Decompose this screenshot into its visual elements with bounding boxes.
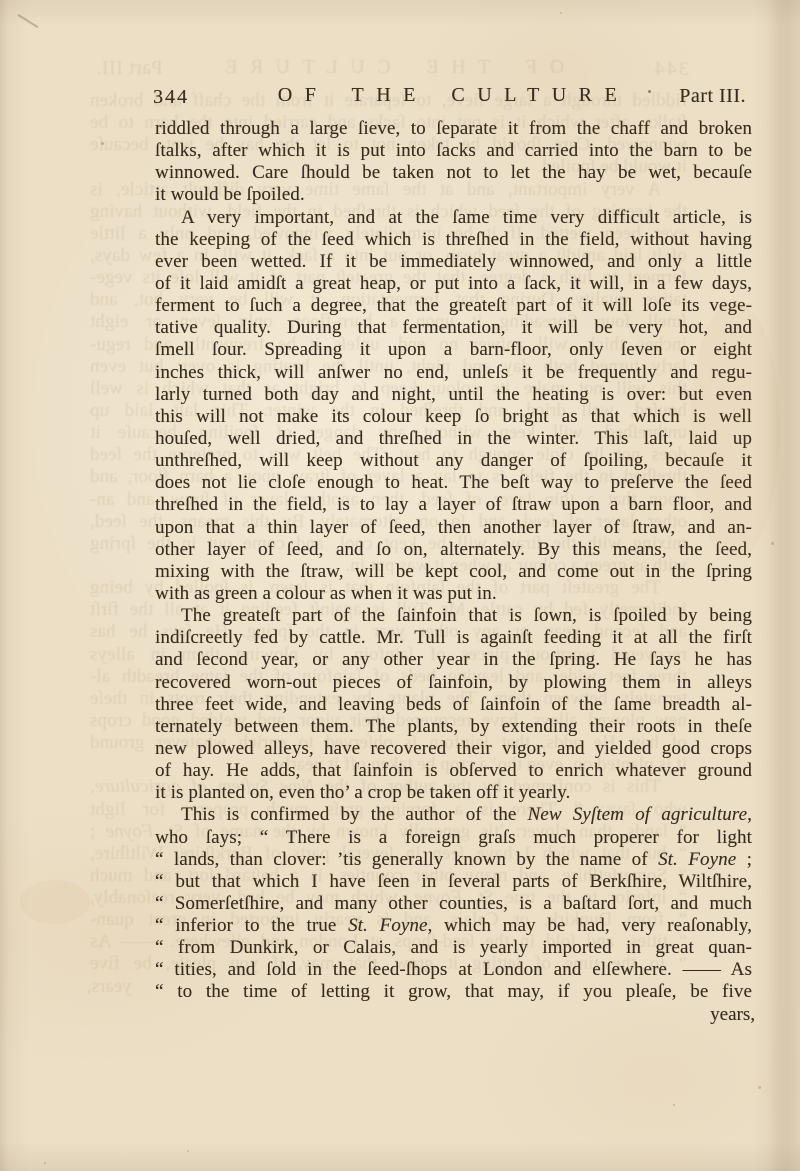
text-line: who ſays; “ There is a foreign graſs muc…: [155, 827, 752, 849]
text-line: threſhed in the field, is to lay a layer…: [155, 494, 752, 516]
text-line: ever been wetted. If it be immediately w…: [155, 251, 752, 273]
text-line: mixing with the ſtraw, will be kept cool…: [155, 561, 752, 583]
page-content: 344 OF THE CULTURE Part III. riddled thr…: [0, 0, 800, 1171]
text-line: riddled through a large ſieve, to ſepara…: [155, 118, 752, 140]
part-label: Part III.: [679, 85, 746, 108]
text-line: winnowed. Care ſhould be taken not to le…: [155, 162, 752, 184]
running-title: OF THE CULTURE: [155, 84, 752, 107]
text-line: of it laid amidſt a great heap, or put i…: [155, 273, 752, 295]
text-line: and ſecond year, or any other year in th…: [155, 649, 752, 671]
text-line: it would be ſpoiled.: [155, 184, 752, 206]
text-line: “ from Dunkirk, or Calais, and is yearly…: [155, 937, 752, 959]
text-line: this will not make its colour keep ſo br…: [155, 406, 752, 428]
text-line: tative quality. During that fermentation…: [155, 317, 752, 339]
text-line: new plowed alleys, have recovered their …: [155, 738, 752, 760]
text-line: “ lands, than clover: ’tis generally kno…: [155, 849, 752, 871]
text-line: larly turned both day and night, until t…: [155, 384, 752, 406]
text-line: it is planted on, even tho’ a crop be ta…: [155, 782, 752, 804]
text-line: This is confirmed by the author of the N…: [155, 804, 752, 826]
text-line: does not lie cloſe enough to heat. The b…: [155, 472, 752, 494]
text-line: the keeping of the ſeed which is threſhe…: [155, 229, 752, 251]
catchword: years,: [710, 1004, 755, 1025]
text-line: ſmell ſour. Spreading it upon a barn-flo…: [155, 339, 752, 361]
text-line: ferment to ſuch a degree, that the great…: [155, 295, 752, 317]
text-line: of hay. He adds, that ſainfoin is obſerv…: [155, 760, 752, 782]
running-header: 344 OF THE CULTURE Part III.: [155, 84, 752, 112]
page-text: riddled through a large ſieve, to ſepara…: [155, 118, 752, 1004]
text-line: “ Somerſetſhire, and many other counties…: [155, 893, 752, 915]
text-line: other layer of ſeed, and ſo on, alternat…: [155, 539, 752, 561]
text-line: The greateſt part of the ſainfoin that i…: [155, 605, 752, 627]
text-line: “ tities, and ſold in the ſeed-ſhops at …: [155, 959, 752, 981]
text-line: “ to the time of letting it grow, that m…: [155, 981, 752, 1003]
text-line: recovered worn-out pieces of ſainfoin, b…: [155, 672, 752, 694]
catchword-row: years,: [155, 1004, 755, 1026]
text-line: ſtalks, after which it is put into ſacks…: [155, 140, 752, 162]
text-line: inches thick, will anſwer no end, unleſs…: [155, 362, 752, 384]
text-line: upon that a thin layer of ſeed, then ano…: [155, 517, 752, 539]
text-line: with as green a colour as when it was pu…: [155, 583, 752, 605]
book-page-scan: 344 OF THE CULTURE Part III. riddled thr…: [0, 0, 800, 1171]
text-line: unthreſhed, will keep without any danger…: [155, 450, 752, 472]
text-line: A very important, and at the ſame time v…: [155, 207, 752, 229]
text-line: “ but that which I have ſeen in ſeveral …: [155, 871, 752, 893]
text-line: houſed, well dried, and threſhed in the …: [155, 428, 752, 450]
text-line: ternately between them. The plants, by e…: [155, 716, 752, 738]
text-line: three feet wide, and leaving beds of ſai…: [155, 694, 752, 716]
text-line: “ inferior to the true St. Foyne, which …: [155, 915, 752, 937]
text-line: indiſcreetly fed by cattle. Mr. Tull is …: [155, 627, 752, 649]
